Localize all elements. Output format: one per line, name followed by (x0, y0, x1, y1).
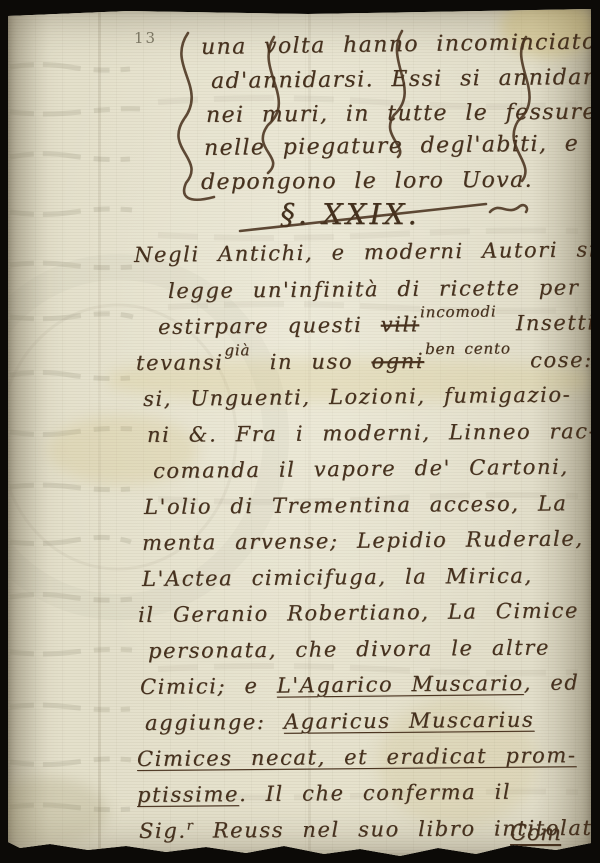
manuscript-line: nelle piegature degl'abiti, e vi (204, 131, 591, 161)
text-segment: Sig. (139, 819, 187, 843)
manuscript-line: personata, che divora le altre (148, 635, 550, 663)
manuscript-line: una volta hanno incominciato (201, 29, 591, 60)
catchword: Com (510, 821, 561, 846)
manuscript-photo: 13 una volta hanno incominciatoad'annida… (0, 0, 600, 863)
text-segment: personata, che divora le altre (148, 635, 550, 663)
text-segment: . Il che conferma il (239, 780, 511, 806)
manuscript-line: ad'annidarsi. Essi si annidano (211, 65, 591, 94)
text-segment: , ed (524, 670, 580, 695)
manuscript-line: Cimici; e L'Agarico Muscario, ed (140, 670, 580, 699)
paper-stain (8, 777, 108, 847)
text-segment: cose: olj, gras- (512, 347, 591, 373)
manuscript-line: il Geranio Robertiano, La Cimice (138, 598, 579, 627)
text-segment: aggiunge: (145, 710, 284, 735)
manuscript-line: aggiunge: Agaricus Muscarius (145, 708, 535, 735)
manuscript-line: menta arvense; Lepidio Ruderale, (142, 526, 584, 555)
manuscript-line: comanda il vapore de' Cartoni, (153, 455, 569, 483)
inserted-word: ben cento (425, 339, 511, 358)
heading-flourish (490, 205, 527, 212)
struck-word: ogni (371, 349, 424, 373)
text-segment: estirpare questi (158, 313, 381, 339)
struck-word: vili (381, 312, 420, 336)
manuscript-line: Negli Antichi, e moderni Autori si (134, 237, 591, 267)
page-number: 13 (134, 29, 157, 47)
manuscript-line: tevansigià in uso ogniben cento cose: ol… (136, 347, 591, 375)
manuscript-line: Cimices necat, et eradicat prom- (137, 743, 577, 771)
manuscript-line: ni &. Fra i moderni, Linneo rac- (147, 419, 591, 447)
text-segment: legge un'infinità di ricette per (168, 275, 580, 303)
manuscript-page: 13 una volta hanno incominciatoad'annida… (8, 7, 591, 857)
underlined-phrase: Agaricus Muscarius (284, 708, 535, 734)
section-heading: §. XXIX. (240, 197, 460, 231)
text-segment: tevansi (136, 350, 224, 375)
text-segment: comanda il vapore de' Cartoni, (153, 455, 569, 483)
text-segment: Cimici; e (140, 674, 277, 699)
manuscript-line: L'Actea cimicifuga, la Mirica, (142, 564, 533, 591)
inserted-word: già (224, 341, 250, 359)
underlined-phrase: L'Agarico Muscario (277, 671, 524, 698)
manuscript-line: L'olio di Trementina acceso, La (144, 491, 568, 519)
text-segment: menta arvense; Lepidio Ruderale, (142, 526, 584, 555)
manuscript-line: depongono le loro Uova. (201, 168, 533, 195)
text-segment: il Geranio Robertiano, La Cimice (138, 598, 579, 627)
text-segment: L'Actea cimicifuga, la Mirica, (142, 564, 533, 591)
text-segment: ni &. Fra i moderni, Linneo rac- (147, 419, 591, 447)
text-segment: in uso (251, 349, 371, 374)
underlined-phrase: Cimices necat, et eradicat prom- (137, 743, 577, 771)
text-segment: Negli Antichi, e moderni Autori si (134, 237, 591, 267)
manuscript-line: nei muri, in tutte le fessure, (206, 99, 591, 127)
manuscript-line: estirpare questi viliincomodi Insetti. M… (158, 310, 591, 339)
manuscript-line: si, Unguenti, Lozioni, fumigazio- (143, 383, 572, 411)
text-segment: si, Unguenti, Lozioni, fumigazio- (143, 383, 572, 411)
inserted-word: incomodi (420, 302, 497, 321)
text-segment: L'olio di Trementina acceso, La (144, 491, 568, 519)
paper-crease (98, 7, 101, 857)
underlined-phrase: ptissime (137, 782, 239, 807)
text-segment: Insetti. Met- (497, 310, 591, 336)
manuscript-line: ptissime. Il che conferma il (137, 780, 511, 807)
manuscript-line: legge un'infinità di ricette per (168, 275, 580, 303)
